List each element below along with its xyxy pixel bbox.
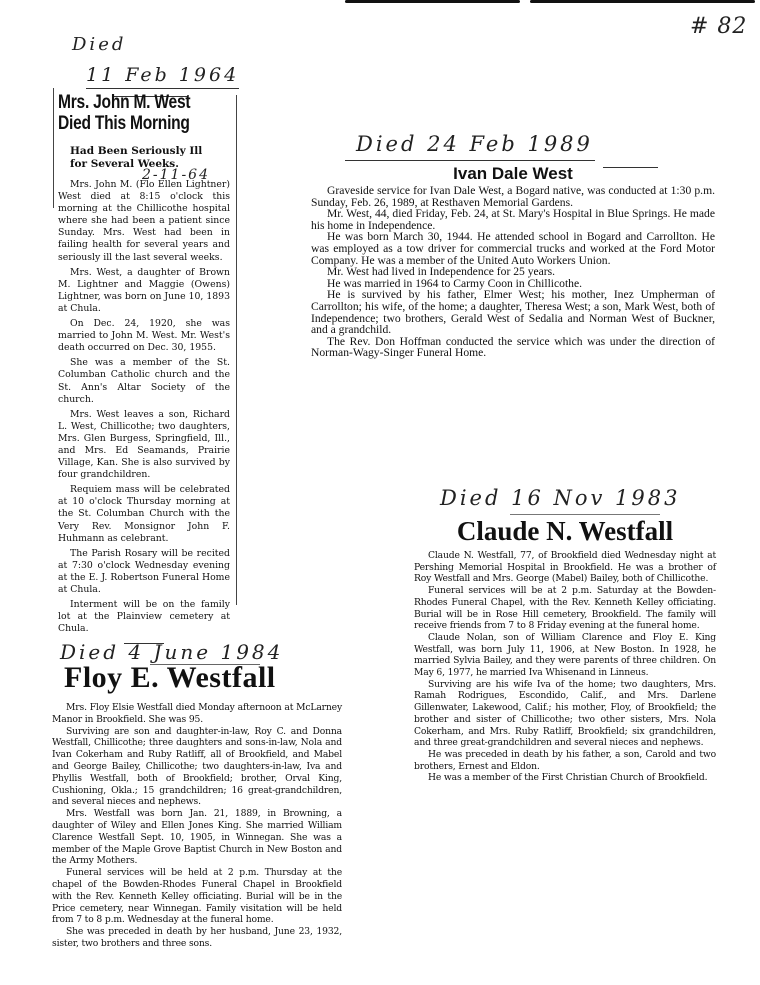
obituary-paragraph: Mrs. Westfall was born Jan. 21, 1889, in… — [52, 808, 342, 867]
obituary-floy-e-westfall: Floy E. Westfall Mrs. Floy Elsie Westfal… — [52, 662, 342, 950]
obituary-ivan-dale-west: Ivan Dale West Graveside service for Iva… — [311, 165, 715, 359]
obituary-headline: Ivan Dale West — [311, 165, 715, 183]
handwritten-death-date: Died 16 Nov 1983 — [440, 486, 681, 510]
obituary-paragraph: Claude N. Westfall, 77, of Brookfield di… — [414, 550, 716, 585]
obituary-paragraph: Claude Nolan, son of William Clarence an… — [414, 632, 716, 679]
obituary-paragraph: Surviving are son and daughter-in-law, R… — [52, 726, 342, 809]
obituary-body: Claude N. Westfall, 77, of Brookfield di… — [414, 550, 716, 784]
scan-edge-mark — [345, 0, 520, 3]
obituary-paragraph: Surviving are his wife Iva of the home; … — [414, 679, 716, 749]
obituary-paragraph: Mrs. John M. (Flo Ellen Lightner) West d… — [58, 179, 230, 264]
subhead-line: Had Been Seriously Ill — [70, 145, 230, 158]
obituary-body: Graveside service for Ivan Dale West, a … — [311, 185, 715, 359]
obituary-paragraph: She was a member of the St. Columban Cat… — [58, 357, 230, 405]
obituary-paragraph: The Parish Rosary will be recited at 7:3… — [58, 548, 230, 596]
obituary-paragraph: The Rev. Don Hoffman conducted the servi… — [311, 336, 715, 359]
column-rule — [53, 88, 54, 208]
handwritten-death-date: 11 Feb 1964 — [86, 64, 239, 89]
obituary-paragraph: Mr. West had lived in Independence for 2… — [311, 266, 715, 278]
obituary-paragraph: Mr. West, 44, died Friday, Feb. 24, at S… — [311, 208, 715, 231]
obituary-paragraph: Interment will be on the family lot at t… — [58, 599, 230, 635]
obituary-headline: Floy E. Westfall — [64, 662, 342, 694]
obituary-paragraph: On Dec. 24, 1920, she was married to Joh… — [58, 318, 230, 354]
handwritten-died-label: Died — [72, 34, 126, 55]
handwritten-death-date: Died 24 Feb 1989 — [356, 132, 593, 156]
obituary-paragraph: He was preceded in death by his father, … — [414, 749, 716, 772]
obituary-mrs-john-m-west: Mrs. John M. West Died This Morning Had … — [58, 92, 230, 644]
obituary-paragraph: He was a member of the First Christian C… — [414, 772, 716, 784]
obituary-claude-n-westfall: Claude N. Westfall Claude N. Westfall, 7… — [414, 516, 716, 784]
obituary-paragraph: Requiem mass will be celebrated at 10 o'… — [58, 484, 230, 544]
headline-rule — [510, 514, 660, 515]
obituary-paragraph: Mrs. West, a daughter of Brown M. Lightn… — [58, 267, 230, 315]
headline-line: Died This Morning — [58, 113, 230, 134]
scan-edge-mark — [530, 0, 755, 3]
obituary-headline: Claude N. Westfall — [414, 516, 716, 546]
obituary-paragraph: Funeral services will be at 2 p.m. Satur… — [414, 585, 716, 632]
obituary-paragraph: Mrs. Floy Elsie Westfall died Monday aft… — [52, 702, 342, 726]
obituary-paragraph: She was preceded in death by her husband… — [52, 926, 342, 950]
obituary-body: Mrs. John M. (Flo Ellen Lightner) West d… — [58, 179, 230, 635]
obituary-paragraph: Graveside service for Ivan Dale West, a … — [311, 185, 715, 208]
obituary-paragraph: He was born March 30, 1944. He attended … — [311, 231, 715, 266]
headline-line: Mrs. John M. West — [58, 92, 230, 113]
obituary-paragraph: Funeral services will be held at 2 p.m. … — [52, 867, 342, 926]
obituary-paragraph: He is survived by his father, Elmer West… — [311, 289, 715, 335]
page-number-note: # 82 — [690, 14, 747, 39]
headline-rule — [345, 160, 595, 161]
column-rule — [236, 95, 237, 605]
obituary-headline: Mrs. John M. West Died This Morning — [58, 92, 230, 134]
obituary-body: Mrs. Floy Elsie Westfall died Monday aft… — [52, 702, 342, 950]
obituary-paragraph: Mrs. West leaves a son, Richard L. West,… — [58, 409, 230, 482]
